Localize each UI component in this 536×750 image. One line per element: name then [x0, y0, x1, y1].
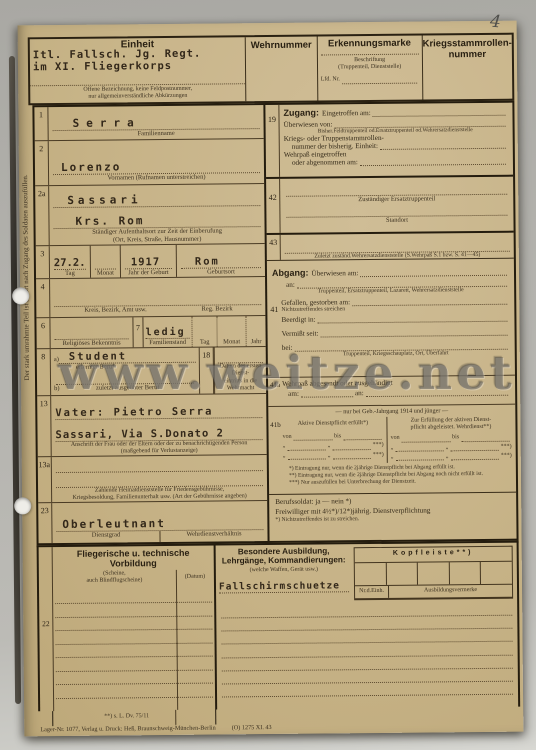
ruled-line — [221, 628, 512, 632]
dotted-line — [287, 458, 325, 459]
dotted-line — [318, 321, 508, 324]
row-number: 2a — [35, 186, 50, 245]
diensteintritt-label-line1: Datum des ersten Dienst- — [216, 363, 265, 378]
ditto-mark: „ — [391, 454, 394, 461]
footnote-marker: ***) — [373, 451, 384, 458]
beerdigt-label: Beerdigt in: — [281, 316, 315, 324]
footer-imprint: Lager-Nr. 1077, Verlag u. Druck: Heß, Br… — [40, 722, 510, 734]
flieger-title-line2: Vorbildung — [53, 558, 214, 570]
kopfleiste-cell — [355, 563, 386, 585]
besondere-sub-label: (welche Waffen, Gerät usw.) — [216, 566, 352, 574]
gefallen-group: 41 Gefallen, gestorben am: Nichtzutreffe… — [267, 295, 515, 377]
dotted-line — [395, 450, 443, 451]
bei-label: bei: — [282, 344, 293, 352]
dienstgrad-value: Oberleutnant — [56, 517, 166, 531]
ruled-line — [221, 615, 512, 619]
ditto-mark: „ — [391, 444, 394, 451]
row-number: 22 — [39, 547, 55, 711]
ruled-line — [56, 669, 213, 672]
berufssoldat-group: Berufssoldat: ja — nein *) Freiwilliger … — [269, 492, 516, 541]
row-bekenntnis-familienstand: 6 Religiöses Bekenntnis 7 ledig Familien… — [36, 315, 265, 348]
column-line-stub — [175, 710, 176, 725]
dotted-line — [287, 449, 325, 450]
wehrpass-abgesandt-label: Wehrpaß abgesandt oder ausgehändigt — [282, 378, 510, 388]
row-number: 8 — [37, 349, 51, 395]
row-number: 13 — [37, 396, 52, 456]
row-kreis-bezirk: 4 Kreis, Bezirk, Amt usw. Reg. Bezirk — [36, 276, 265, 317]
row-beruf: 8 a) Student erlernter Beruf b) zuletzt … — [37, 346, 266, 395]
wehrdienstverhaeltnis-label: Wehrdienstverhältnis — [159, 530, 267, 542]
row-number: 42 — [266, 179, 281, 233]
diensteintritt-label-line2: eintritts in die Wehrmacht — [216, 378, 265, 393]
punch-hole — [12, 287, 29, 304]
dotted-line — [461, 440, 510, 441]
abgang-title: Abgang: — [272, 268, 309, 278]
row-number: 2 — [35, 141, 49, 185]
familienstand-value: ledig — [146, 327, 186, 338]
row-number: 43 — [267, 235, 281, 260]
nr-einheit-label: Nr.d.Einh. — [355, 586, 389, 598]
dotted-line — [366, 395, 508, 397]
print-code: (O) 1275 XI. 43 — [232, 724, 272, 731]
gefallen-note: Nichtzutreffendes streichen — [281, 305, 509, 313]
dotted-line — [402, 441, 451, 442]
row-number: 7 — [132, 317, 143, 347]
row-aufenthaltsort: 2a Sassari Krs. Rom Ständiger Aufenthalt… — [35, 183, 265, 245]
aufenthaltsort-value1: Sassari — [53, 193, 141, 207]
ruled-line — [222, 641, 513, 645]
row-number: 41a — [268, 378, 282, 406]
von-label: von — [283, 434, 292, 441]
footnote-3: ***) Nur auszufüllen bei Unterbrechung d… — [283, 478, 512, 487]
row-dienstgrad: 23 Oberleutnant Dienstgrad Wehrdienstver… — [38, 500, 267, 543]
row-anschrift: 13 Vater: Pietro Serra Sassari, Via S.Do… — [37, 393, 267, 456]
dotted-line — [342, 82, 417, 84]
ditto-mark: „ — [446, 453, 449, 460]
handwritten-page-number: 4 — [489, 12, 502, 33]
familienstand-tag-label: Tag — [193, 339, 217, 347]
row-geburt: 3 27.2. Tag Monat 1917 Jahr der Geburt — [36, 243, 265, 278]
besondere-value: Fallschirmschuetze — [219, 580, 349, 593]
ruled-line — [56, 696, 213, 699]
photo-background: Einheit Itl. Fallsch. Jg. Regt. im XI. F… — [0, 0, 536, 750]
kriegsstammrollen-cell: Kriegsstammrollen- nummer — [422, 35, 512, 100]
familienstand-jahr-label: Jahr — [247, 338, 266, 346]
ersatztruppenteil-box: 42 Zuständiger Ersatztruppenteil Standor… — [266, 175, 514, 235]
scheine-label-line2: auch Blindflugscheine) — [53, 577, 176, 585]
kopfleiste-cell — [417, 562, 449, 584]
kriegsstammrollen-label-line2: nummer — [423, 49, 512, 61]
erkennungsmarke-cell: Erkennungsmarke Beschriftung (Truppentei… — [317, 36, 423, 101]
ruled-line — [222, 654, 513, 658]
zugang-abgang-block: 19 Zugang: Eingetroffen am: Überwiesen v… — [265, 103, 516, 541]
footnote-marker: ***) — [373, 442, 384, 449]
row-number: 23 — [38, 503, 52, 543]
ruled-line — [55, 615, 212, 618]
dotted-line — [360, 164, 506, 166]
ruled-line — [55, 629, 212, 632]
erkennungsmarke-label: Erkennungsmarke — [320, 38, 418, 50]
geburt-jahr-value: 1917 — [125, 256, 160, 268]
row-number: 41 — [267, 297, 282, 377]
kopfleiste-box: Kopfleiste**) Nr.d.Einh. Ausbildungsverm… — [354, 546, 514, 601]
kopfleiste-cells — [355, 561, 512, 587]
column-line-stub — [52, 711, 53, 726]
wehrpass-am-label: am: — [282, 390, 299, 398]
ruled-line — [56, 656, 213, 659]
dotted-line — [450, 450, 498, 451]
datum-label: (Datum) — [176, 570, 214, 582]
kopfleiste-cell — [480, 562, 512, 584]
row-number: 13a — [38, 457, 52, 502]
row-number: 19 — [265, 105, 280, 177]
ruled-line — [56, 683, 213, 686]
main-section: 1 Serra Familienname 2 Lorenzo Vornamen … — [32, 101, 518, 546]
zugang-eingetroffen-label: Eingetroffen am: — [322, 109, 371, 117]
dotted-line — [301, 396, 353, 397]
vermisst-label: Vermißt seit: — [282, 330, 319, 338]
kopfleiste-cell — [449, 562, 481, 584]
dotted-line — [373, 115, 506, 117]
row-number: 6 — [36, 318, 50, 348]
geburtsort-value: Rom — [181, 256, 220, 268]
ruled-line — [222, 667, 513, 671]
zugang-wehrpass-line2: oder abgenommen am: — [284, 158, 358, 167]
dienstpflicht-group: 41b Aktive Dienstpflicht erfüllt*) von b… — [268, 416, 516, 494]
besondere-ausbildung-block: Besondere Ausbildung, Lehrgänge, Kommand… — [216, 543, 519, 710]
bis-label: bis — [334, 434, 341, 441]
anschrift-value1: Vater: Pietro Serra — [55, 406, 213, 420]
dotted-line — [343, 439, 382, 440]
ruled-line — [55, 602, 212, 605]
dotted-line — [321, 335, 508, 338]
standort-label: Standort — [286, 216, 507, 226]
wehrnummer-label: Wehrnummer — [246, 37, 317, 52]
anschrift-value2: Sassari, Via S.Donato 2 — [55, 427, 224, 441]
dotted-line — [294, 440, 333, 441]
kriegsstammrollen-label-line1: Kriegsstammrollen- — [422, 35, 511, 50]
besondere-title-line2: Lehrgänge, Kommandierungen: — [216, 555, 352, 565]
erfuellung-title-line2: pflicht abgeleistet. Wehrdienst**) — [390, 424, 511, 432]
ruled-line — [56, 642, 213, 645]
personal-data-block: 1 Serra Familienname 2 Lorenzo Vornamen … — [34, 105, 269, 543]
ausbildungsvermerke-label: Ausbildungsvermerke — [389, 585, 512, 598]
zugang-title: Zugang: — [283, 108, 319, 118]
einheit-value-line2: im XI. Fliegerkorps — [30, 59, 245, 73]
row-heimatdienststelle: 13a Zahlende Heimatdienststelle für Frie… — [38, 454, 267, 502]
row-number: 18 — [199, 348, 214, 394]
vornamen-value: Lorenzo — [53, 160, 121, 174]
beruf-a-value: Student — [59, 350, 196, 364]
einheit-cell: Einheit Itl. Fallsch. Jg. Regt. im XI. F… — [30, 37, 247, 103]
flieger-vorbildung-block: 22 Fliegerische u. technische Vorbildung… — [39, 546, 218, 712]
row-number: 41b — [268, 418, 283, 494]
aufenthaltsort-value2: Krs. Rom — [53, 215, 144, 229]
familienname-value: Serra — [52, 116, 140, 130]
abgang-section: Abgang: Überwiesen am: an: Truppenteil, … — [267, 258, 517, 541]
document-page: Einheit Itl. Fallsch. Jg. Regt. im XI. F… — [18, 21, 524, 737]
ruled-line — [222, 680, 513, 684]
bis-label: bis — [452, 435, 459, 442]
wehrpass-an-label: an: — [355, 389, 364, 397]
zugang-section: 19 Zugang: Eingetroffen am: Überwiesen v… — [265, 103, 513, 177]
wehrnummer-cell: Wehrnummer — [246, 37, 318, 102]
dotted-line — [332, 458, 370, 459]
aktive-dienstpflicht-title: Aktive Dienstpflicht erfüllt*) — [282, 417, 383, 428]
kopfleiste-title: Kopfleiste**) — [355, 547, 512, 563]
ditto-mark: „ — [446, 444, 449, 451]
row-familienname: 1 Serra Familienname — [34, 105, 263, 140]
footnote-marker: ***) — [501, 443, 512, 450]
kopfleiste-cell — [385, 563, 417, 585]
dotted-line — [395, 459, 443, 460]
ditto-mark: „ — [328, 443, 331, 450]
dienstgrad-label: Dienstgrad — [52, 531, 159, 543]
row-vornamen: 2 Lorenzo Vornamen (Rufnamen unterstreic… — [35, 138, 264, 185]
einheit-note-line2: nur allgemeinverständliche Abkürzungen — [32, 92, 243, 101]
von-label: von — [391, 435, 400, 442]
row-number: 1 — [34, 107, 48, 140]
publisher-line: Lager-Nr. 1077, Verlag u. Druck: Heß, Br… — [40, 725, 215, 734]
row-number: 4 — [36, 279, 50, 317]
ruled-line — [222, 694, 513, 698]
dotted-line — [450, 459, 498, 460]
training-section: 22 Fliegerische u. technische Vorbildung… — [37, 541, 521, 712]
berufssoldat-label: Berufssoldat: ja — nein *) — [275, 496, 511, 506]
ditto-mark: „ — [283, 452, 286, 459]
wehrpass-abgesandt-group: 41a Wehrpaß abgesandt oder ausgehändigt … — [268, 375, 515, 407]
lfd-nr-label: Lfd. Nr. — [321, 77, 340, 84]
dotted-line — [332, 449, 370, 450]
column-line-stub — [215, 710, 216, 725]
footnote-marker: ***) — [501, 452, 512, 459]
wehrersatzdienststelle-row: 43 Zuletzt zuständ.Wehrersatzdienststell… — [267, 233, 514, 260]
header-section: Einheit Itl. Fallsch. Jg. Regt. im XI. F… — [28, 33, 515, 106]
geburt-tag-value: 27.2. — [54, 257, 86, 269]
ditto-mark: „ — [283, 443, 286, 450]
ditto-mark: „ — [328, 452, 331, 459]
abgang-an-label: an: — [272, 281, 295, 289]
erkennungsmarke-note-line2: (Truppenteil, Dienststelle) — [321, 64, 419, 72]
row-number: 3 — [36, 246, 50, 278]
punch-hole — [14, 497, 31, 514]
footer-note: **) s. L. Dv. 75/11 — [104, 713, 149, 721]
footnote-4: *) Nichtzutreffendes ist zu streichen. — [275, 515, 511, 523]
